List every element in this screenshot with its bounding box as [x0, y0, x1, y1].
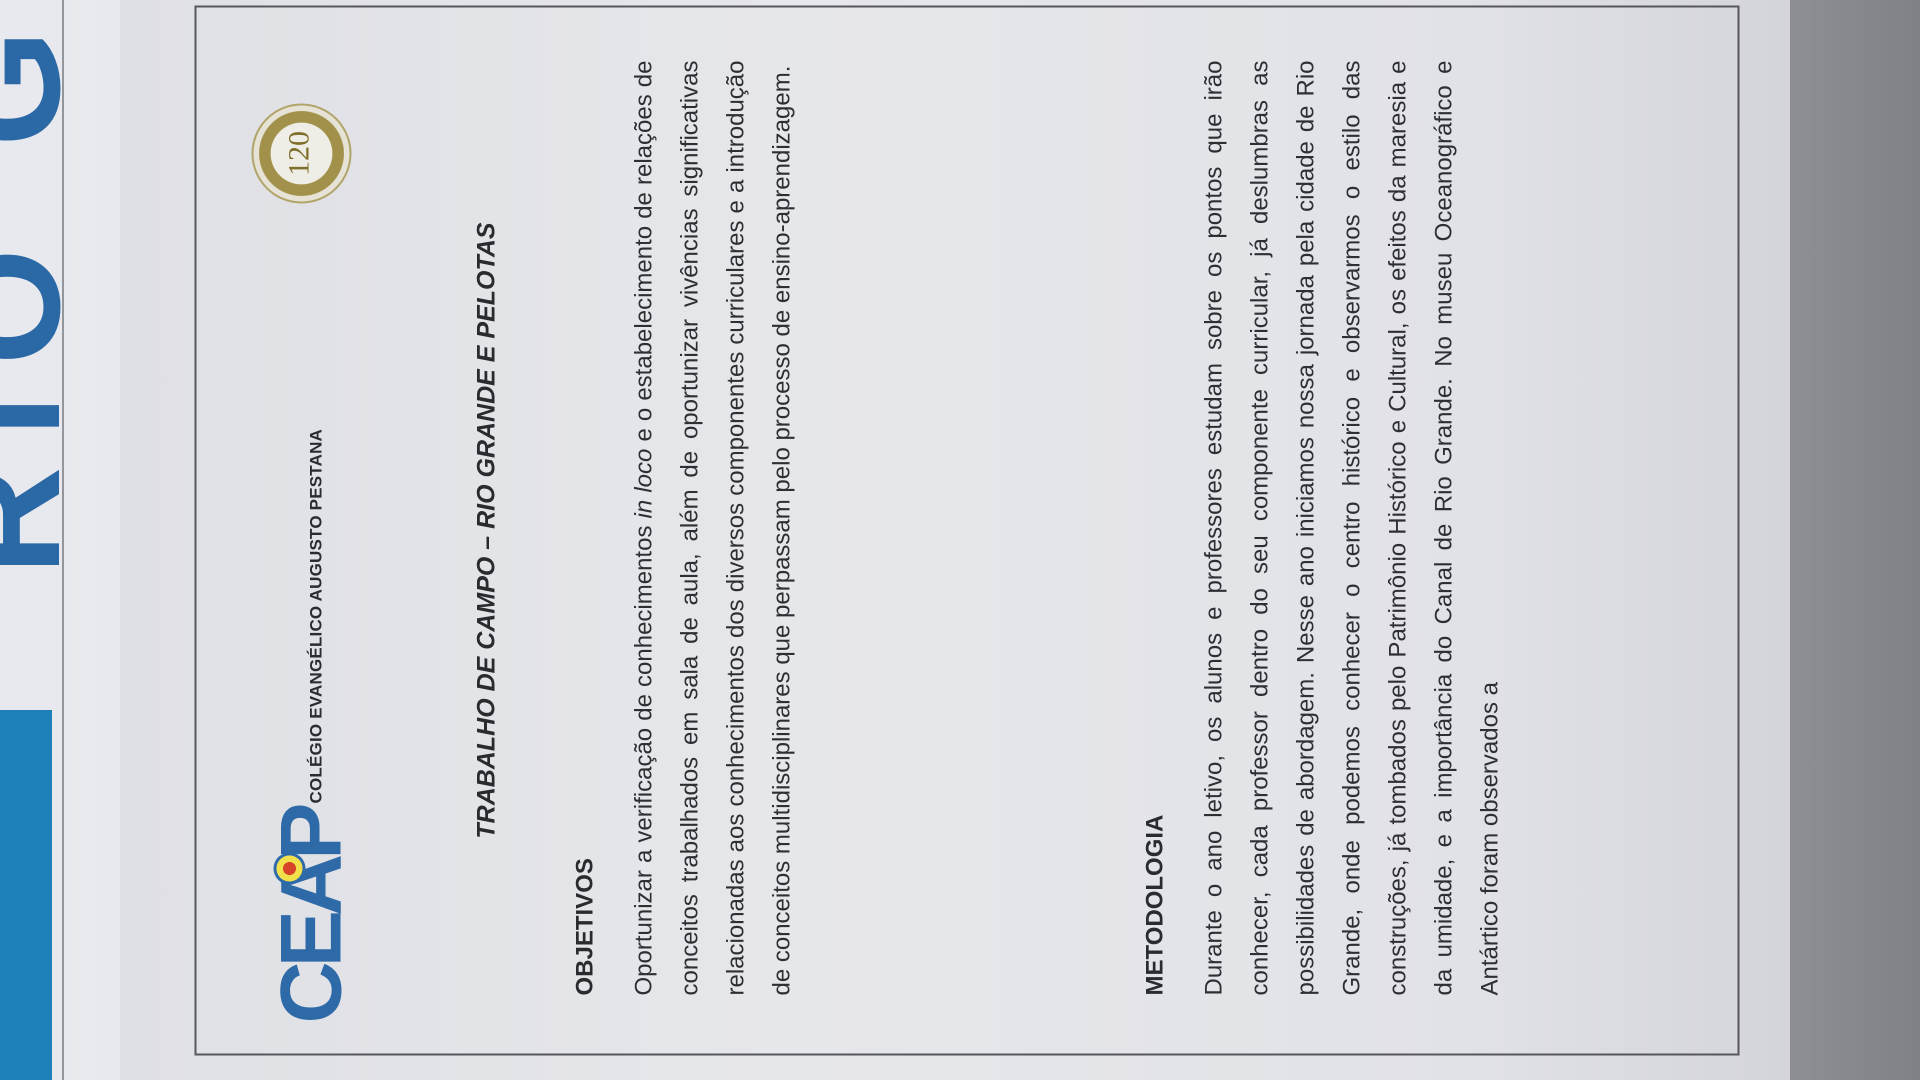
paragraph-metodologia: Durante o ano letivo, os alunos e profes…	[1192, 61, 1514, 996]
school-name: COLÉGIO EVANGÉLICO AUGUSTO PESTANA	[307, 429, 327, 804]
poster-text: RIO G	[0, 0, 62, 1080]
flower-icon	[277, 856, 303, 882]
table-surface	[1790, 0, 1920, 1080]
document-header: CEAP COLÉGIO EVANGÉLICO AUGUSTO PESTANA …	[197, 8, 417, 1054]
document-title: TRABALHO DE CAMPO – RIO GRANDE E PELOTAS	[472, 8, 502, 1054]
ceap-logo: CEAP	[267, 864, 357, 1024]
background-poster: RIO G	[0, 0, 70, 1080]
paragraph-objetivos: Oportunizar a verificação de conheciment…	[622, 61, 806, 996]
italic-term: in loco	[631, 449, 658, 519]
paragraph-text: Oportunizar a verificação de conheciment…	[631, 518, 658, 995]
logo-text: CEAP	[267, 809, 357, 1024]
seal-number: 120	[282, 106, 318, 202]
heading-objetivos: OBJETIVOS	[572, 858, 600, 995]
poster-edge	[62, 0, 64, 1080]
heading-metodologia: METODOLOGIA	[1142, 815, 1170, 996]
document-page: CEAP COLÉGIO EVANGÉLICO AUGUSTO PESTANA …	[195, 6, 1740, 1056]
anniversary-seal-icon: 120	[252, 104, 352, 204]
poster-letters: RIO G	[0, 0, 62, 1080]
